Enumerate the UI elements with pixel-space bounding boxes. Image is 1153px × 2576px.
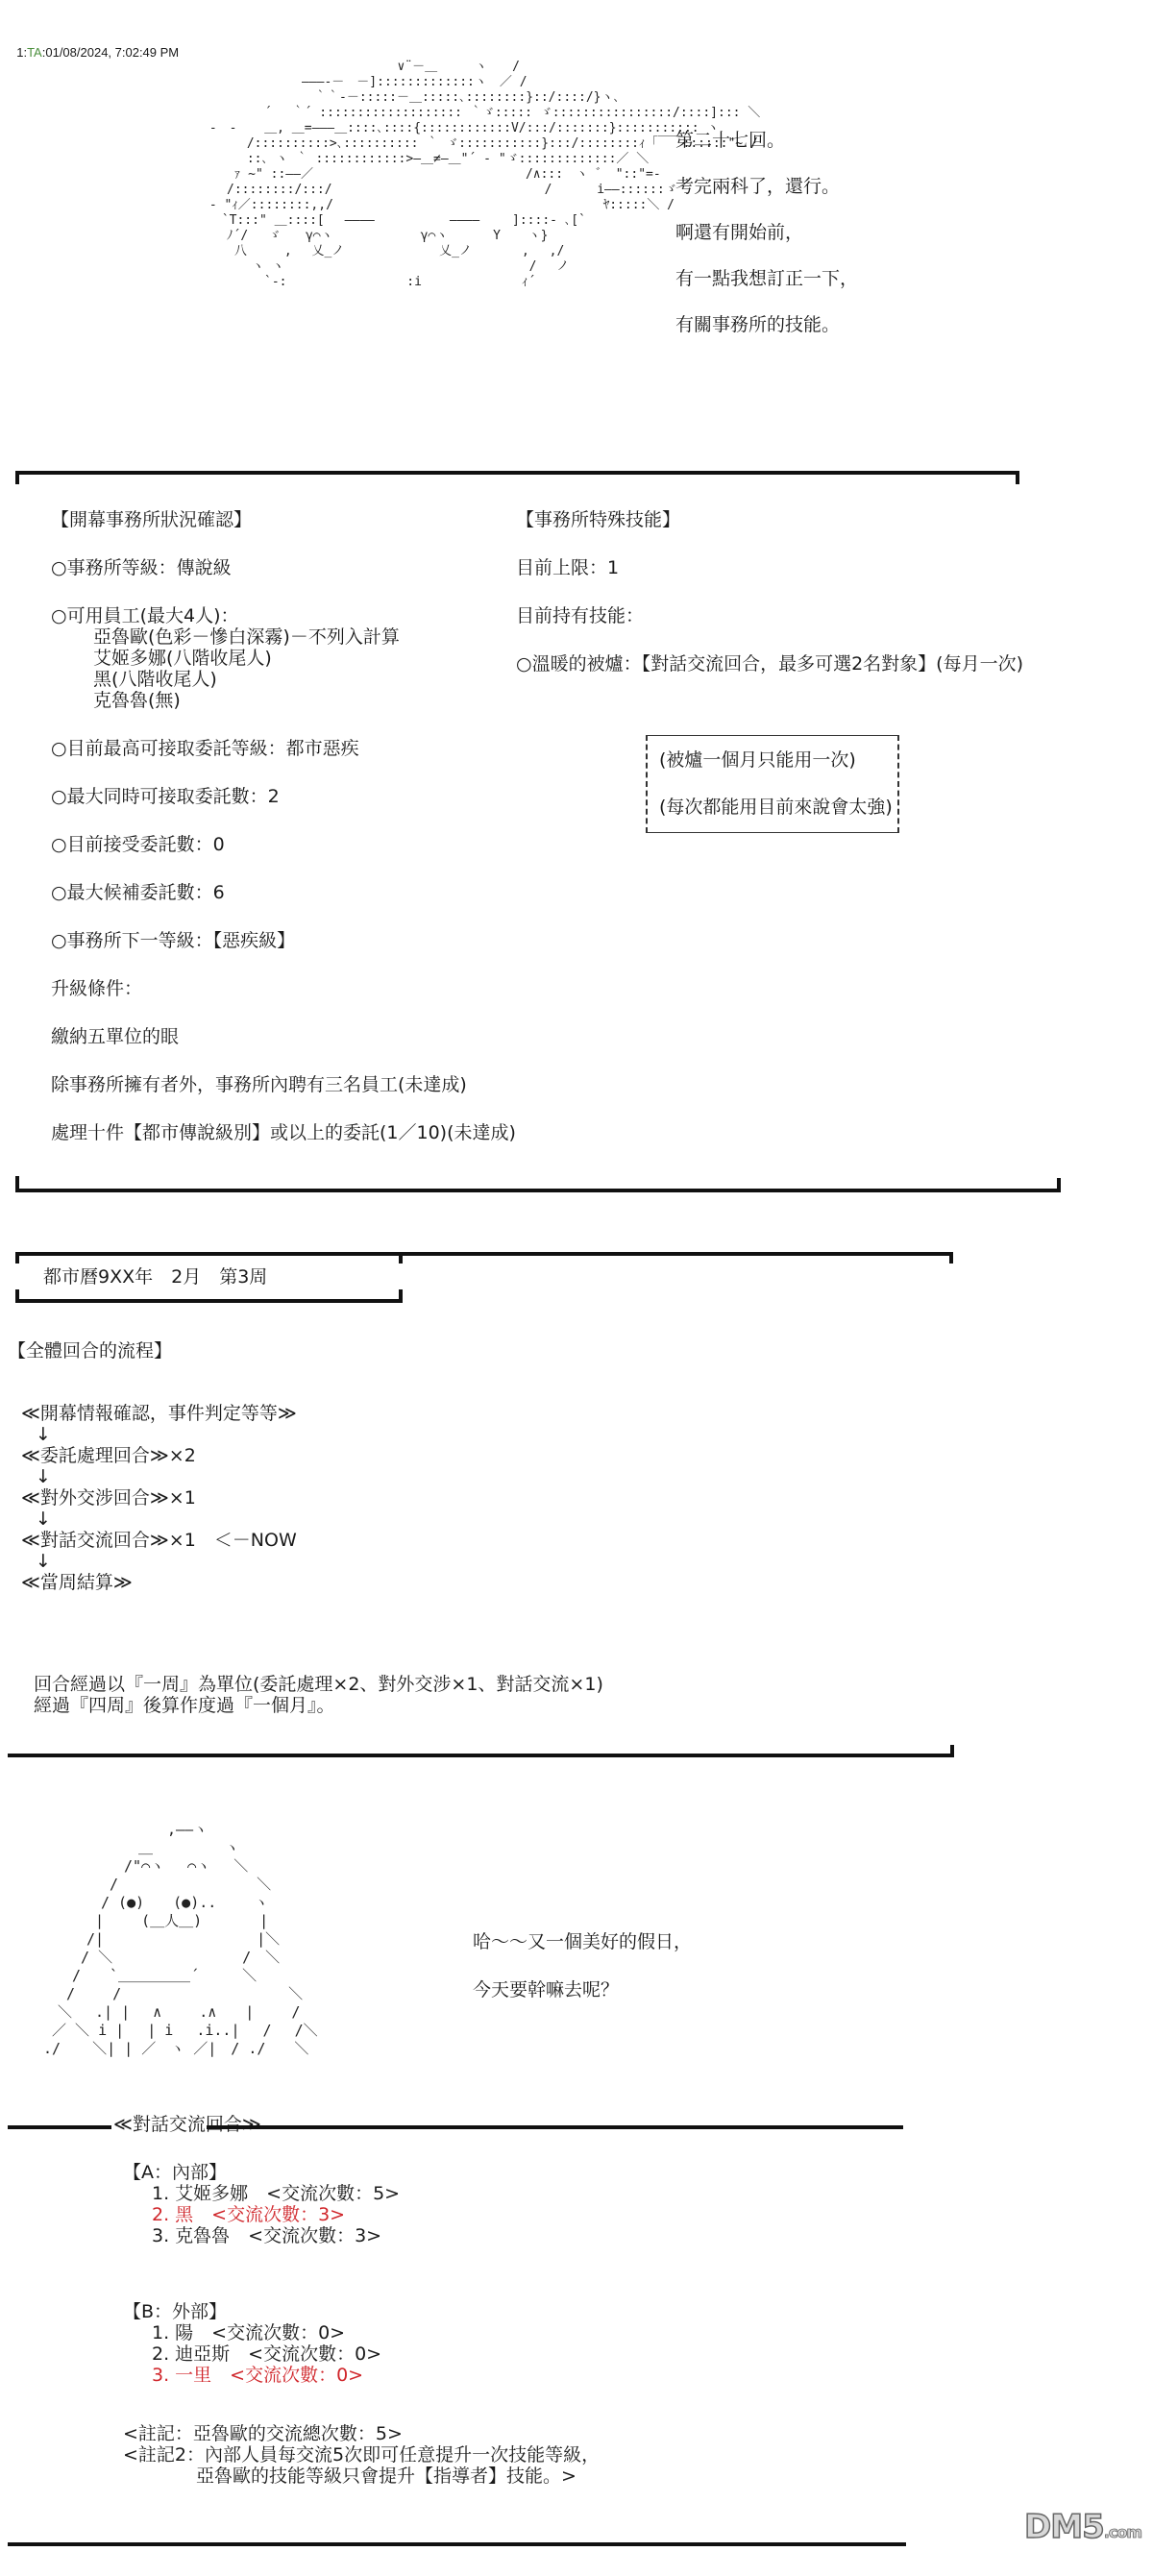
calendar-tick xyxy=(399,1252,403,1263)
calendar-tick xyxy=(949,1252,953,1263)
frame-bottom-line xyxy=(15,1189,1061,1192)
skill-item: ○溫暖的被爐：【對話交流回合，最多可選2名對象】(每月一次) xyxy=(516,653,1023,675)
arrow-down-icon: ↓ xyxy=(21,1509,297,1530)
member-item[interactable]: 3. 克魯魯 <交流次數：3> xyxy=(152,2225,400,2246)
staff-list: 亞魯歐(色彩－慘白深霧)－不列入計算 艾姬多娜(八階收尾人) 黑(八階收尾人) … xyxy=(51,626,516,711)
staff-item: 黑(八階收尾人) xyxy=(93,669,516,690)
frame-top-line xyxy=(15,471,1019,475)
round-flow-list: ≪開幕情報確認，事件判定等等≫ ↓ ≪委託處理回合≫×2 ↓ ≪對外交涉回合≫×… xyxy=(21,1403,297,1593)
calendar-tick xyxy=(15,1289,19,1301)
frame-top-left-tick xyxy=(15,471,19,484)
dialogue-title-line-left xyxy=(8,2125,111,2129)
flow-bottom-tick xyxy=(950,1745,954,1756)
flow-step: ≪對外交涉回合≫×1 xyxy=(21,1487,297,1509)
note-line: 亞魯歐的技能等級只會提升【指導者】技能。> xyxy=(123,2466,600,2487)
calendar-bottom-line xyxy=(15,1299,403,1303)
group-title: 【A：內部】 xyxy=(123,2162,400,2183)
dialogue-round-title: ≪對話交流回合≫ xyxy=(113,2114,261,2135)
group-title: 【B：外部】 xyxy=(123,2301,381,2322)
calendar-date: 都市曆9XX年 2月 第3周 xyxy=(43,1266,267,1288)
office-status-section: 【開幕事務所狀況確認】 ○事務所等級：傳說級 ○可用員工(最大4人)： 亞魯歐(… xyxy=(51,509,516,1143)
upgrade-condition: 繳納五單位的眼 xyxy=(51,1026,516,1047)
upgrade-condition: 除事務所擁有者外，事務所內聘有三名員工(未達成) xyxy=(51,1074,516,1095)
flow-step: ≪委託處理回合≫×2 xyxy=(21,1445,297,1466)
flow-step: ≪開幕情報確認，事件判定等等≫ xyxy=(21,1403,297,1424)
dialogue-notes: <註記：亞魯歐的交流總次數：5> <註記2：內部人員每交流5次即可任意提升一次技… xyxy=(123,2423,600,2487)
ascii-art-character-body: ,――ヽ ＿ ヽ /"⌒ヽ ⌒ヽ ＼ / ＼ / (●) (●).. ヽ | (… xyxy=(29,1821,318,2058)
section-title: 【事務所特殊技能】 xyxy=(516,509,1023,530)
frame-top-right-tick xyxy=(1016,471,1019,484)
flow-step-current: ≪對話交流回合≫×1 ＜－NOW xyxy=(21,1530,297,1551)
flow-bottom-line xyxy=(8,1754,954,1757)
external-members-section: 【B：外部】 1. 陽 <交流次數：0> 2. 迪亞斯 <交流次數：0> 3. … xyxy=(123,2301,381,2386)
skill-note-box: (被爐一個月只能用一次) (每次都能用目前來說會太強) xyxy=(646,735,899,833)
flow-step: ≪當周結算≫ xyxy=(21,1572,297,1593)
member-item-selected[interactable]: 2. 黑 <交流次數：3> xyxy=(152,2204,400,2225)
staff-item: 艾姬多娜(八階收尾人) xyxy=(93,648,516,669)
post-number: 1: xyxy=(16,45,27,60)
post-timestamp: 01/08/2024, 7:02:49 PM xyxy=(45,45,179,60)
staff-item: 亞魯歐(色彩－慘白深霧)－不列入計算 xyxy=(93,626,516,648)
dialogue-title-line-right xyxy=(207,2125,903,2129)
member-item-selected[interactable]: 3. 一里 <交流次數：0> xyxy=(152,2365,381,2386)
poster-name[interactable]: TA xyxy=(27,45,42,60)
upgrade-condition: 處理十件【都市傳說級別】或以上的委託(1／10)(未達成) xyxy=(51,1122,516,1143)
external-member-list: 1. 陽 <交流次數：0> 2. 迪亞斯 <交流次數：0> 3. 一里 <交流次… xyxy=(123,2322,381,2386)
internal-members-section: 【A：內部】 1. 艾姬多娜 <交流次數：5> 2. 黑 <交流次數：3> 3.… xyxy=(123,2162,400,2246)
dm5-watermark-logo: DM5.com xyxy=(1024,2508,1141,2546)
office-skills-section: 【事務所特殊技能】 目前上限：1 目前持有技能： ○溫暖的被爐：【對話交流回合，… xyxy=(516,509,1023,675)
frame-bottom-left-tick xyxy=(15,1176,19,1192)
internal-member-list: 1. 艾姬多娜 <交流次數：5> 2. 黑 <交流次數：3> 3. 克魯魯 <交… xyxy=(123,2183,400,2246)
calendar-tick xyxy=(399,1289,403,1301)
member-item[interactable]: 1. 陽 <交流次數：0> xyxy=(152,2322,381,2343)
flow-summary: 回合經過以『一周』為單位(委託處理×2、對外交涉×1、對話交流×1) 經過『四周… xyxy=(34,1674,603,1716)
member-item[interactable]: 1. 艾姬多娜 <交流次數：5> xyxy=(152,2183,400,2204)
section-title: 【開幕事務所狀況確認】 xyxy=(51,509,516,530)
scene-text: 哈～～又一個美好的假日， 今天要幹嘛去呢？ xyxy=(473,1931,692,2000)
frame-bottom-right-tick xyxy=(1057,1178,1061,1192)
flow-title: 【全體回合的流程】 xyxy=(8,1340,172,1362)
arrow-down-icon: ↓ xyxy=(21,1424,297,1445)
calendar-top-line xyxy=(15,1252,953,1256)
post-header: 1:TA:01/08/2024, 7:02:49 PM xyxy=(10,21,179,63)
calendar-tick xyxy=(15,1252,19,1263)
note-line: <註記2：內部人員每交流5次即可任意提升一次技能等級， xyxy=(123,2444,600,2466)
staff-item: 克魯魯(無) xyxy=(93,690,516,711)
note-line: <註記：亞魯歐的交流總次數：5> xyxy=(123,2423,600,2444)
arrow-down-icon: ↓ xyxy=(21,1551,297,1572)
post-bottom-line xyxy=(8,2542,906,2546)
arrow-down-icon: ↓ xyxy=(21,1466,297,1487)
member-item[interactable]: 2. 迪亞斯 <交流次數：0> xyxy=(152,2343,381,2365)
intro-text: 第二十七回。 考完兩科了，還行。 啊還有開始前， 有一點我想訂正一下， 有關事務… xyxy=(675,130,858,335)
